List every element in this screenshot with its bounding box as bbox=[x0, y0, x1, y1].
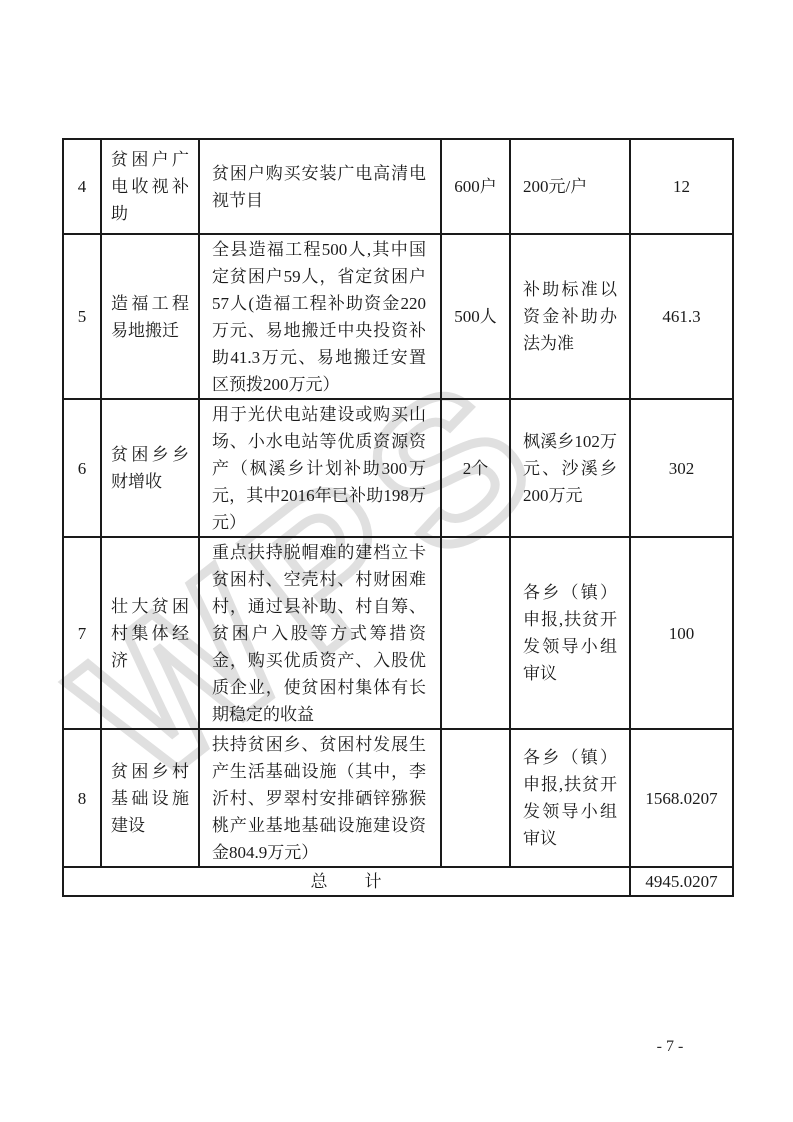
row-project-name: 造福工程易地搬迁 bbox=[101, 234, 199, 399]
page-number: - 7 - bbox=[630, 1038, 710, 1056]
row-project-name: 贫困乡村基础设施建设 bbox=[101, 729, 199, 867]
table-row: 4 贫困户广电收视补助 贫困户购买安装广电高清电视节目 600户 200元/户 … bbox=[63, 139, 733, 234]
row-project-name: 贫困户广电收视补助 bbox=[101, 139, 199, 234]
row-subsidy-standard: 各乡（镇）申报,扶贫开发领导小组审议 bbox=[510, 537, 630, 729]
row-serial: 5 bbox=[63, 234, 101, 399]
total-row: 总 计 4945.0207 bbox=[63, 867, 733, 896]
row-quantity: 500人 bbox=[441, 234, 510, 399]
row-amount: 12 bbox=[630, 139, 733, 234]
row-amount: 100 bbox=[630, 537, 733, 729]
total-amount: 4945.0207 bbox=[630, 867, 733, 896]
row-amount: 461.3 bbox=[630, 234, 733, 399]
row-amount: 1568.0207 bbox=[630, 729, 733, 867]
row-subsidy-standard: 200元/户 bbox=[510, 139, 630, 234]
row-project-desc: 扶持贫困乡、贫困村发展生产生活基础设施（其中，李沂村、罗翠村安排硒锌猕猴桃产业基… bbox=[199, 729, 441, 867]
row-project-name: 贫困乡乡财增收 bbox=[101, 399, 199, 537]
row-project-desc: 重点扶持脱帽难的建档立卡贫困村、空壳村、村财困难村，通过县补助、村自筹、贫困户入… bbox=[199, 537, 441, 729]
row-project-desc: 全县造福工程500人,其中国定贫困户59人，省定贫困户57人(造福工程补助资金2… bbox=[199, 234, 441, 399]
row-quantity bbox=[441, 537, 510, 729]
row-amount: 302 bbox=[630, 399, 733, 537]
row-quantity: 2个 bbox=[441, 399, 510, 537]
row-serial: 8 bbox=[63, 729, 101, 867]
row-serial: 6 bbox=[63, 399, 101, 537]
row-project-desc: 用于光伏电站建设或购买山场、小水电站等优质资源资产（枫溪乡计划补助300万元，其… bbox=[199, 399, 441, 537]
row-serial: 7 bbox=[63, 537, 101, 729]
row-quantity: 600户 bbox=[441, 139, 510, 234]
funding-table: 4 贫困户广电收视补助 贫困户购买安装广电高清电视节目 600户 200元/户 … bbox=[62, 138, 734, 897]
row-project-name: 壮大贫困村集体经济 bbox=[101, 537, 199, 729]
table-row: 7 壮大贫困村集体经济 重点扶持脱帽难的建档立卡贫困村、空壳村、村财困难村，通过… bbox=[63, 537, 733, 729]
row-quantity bbox=[441, 729, 510, 867]
table-row: 6 贫困乡乡财增收 用于光伏电站建设或购买山场、小水电站等优质资源资产（枫溪乡计… bbox=[63, 399, 733, 537]
row-subsidy-standard: 枫溪乡102万元、沙溪乡200万元 bbox=[510, 399, 630, 537]
row-project-desc: 贫困户购买安装广电高清电视节目 bbox=[199, 139, 441, 234]
total-label: 总 计 bbox=[63, 867, 630, 896]
table-row: 5 造福工程易地搬迁 全县造福工程500人,其中国定贫困户59人，省定贫困户57… bbox=[63, 234, 733, 399]
row-subsidy-standard: 各乡（镇）申报,扶贫开发领导小组审议 bbox=[510, 729, 630, 867]
table-row: 8 贫困乡村基础设施建设 扶持贫困乡、贫困村发展生产生活基础设施（其中，李沂村、… bbox=[63, 729, 733, 867]
row-subsidy-standard: 补助标准以资金补助办法为准 bbox=[510, 234, 630, 399]
document-page: { "watermark": { "text": "WPS", "color":… bbox=[0, 0, 793, 1122]
row-serial: 4 bbox=[63, 139, 101, 234]
